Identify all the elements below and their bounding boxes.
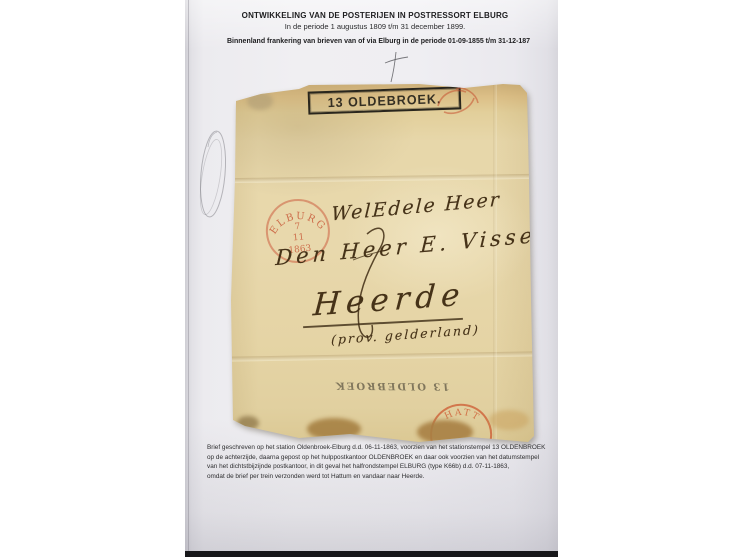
stain-blot bbox=[307, 418, 361, 440]
letter-paper: 13 OLDEBROEK. ELBURG 7 11 1863 WelEdele … bbox=[231, 84, 534, 443]
album-page-photo: ONTWIKKELING VAN DE POSTERIJEN IN POSTRE… bbox=[185, 0, 558, 551]
exhibit-subtitle: In de periode 1 augustus 1809 t/m 31 dec… bbox=[195, 22, 555, 31]
station-stamp-label: 13 OLDEBROEK. bbox=[327, 91, 441, 110]
caption-line-3: van het dichtstbijzijnde postkantoor, in… bbox=[207, 462, 558, 472]
red-crayon-mark bbox=[436, 86, 482, 116]
exhibit-title: ONTWIKKELING VAN DE POSTERIJEN IN POSTRE… bbox=[195, 11, 555, 20]
page-left-edge bbox=[188, 0, 189, 551]
caption-line-1: Brief geschreven op het station Oldenbro… bbox=[207, 443, 558, 453]
stain-blot bbox=[489, 410, 529, 430]
fold-line-lower bbox=[231, 351, 534, 361]
address-line-1: WelEdele Heer bbox=[331, 188, 502, 225]
crease-shadow bbox=[247, 92, 273, 110]
elburg-month: 11 bbox=[292, 232, 304, 243]
cross-mark bbox=[381, 50, 411, 84]
address-line-3: Heerde bbox=[312, 277, 467, 324]
exhibit-period-line: Binnenland frankering van brieven van of… bbox=[227, 38, 530, 45]
fold-line-vertical bbox=[493, 84, 497, 443]
caption-line-2: op de achterzijde, daarna gepost op het … bbox=[207, 453, 558, 463]
elburg-day: 7 bbox=[294, 222, 301, 233]
show-through-stamp: 13 OLDEBROEK bbox=[333, 379, 449, 391]
fold-line-upper bbox=[231, 174, 534, 183]
pencil-scribble bbox=[191, 120, 235, 224]
stain-blot bbox=[237, 416, 259, 430]
letter-cover: 13 OLDEBROEK. ELBURG 7 11 1863 WelEdele … bbox=[231, 84, 534, 443]
address-line-4: (prov. gelderland) bbox=[331, 322, 480, 347]
stain-blot bbox=[417, 420, 473, 444]
caption-line-4: omdat de brief per trein verzonden werd … bbox=[207, 472, 558, 482]
photo-bottom-edge bbox=[185, 551, 558, 557]
caption-block: Brief geschreven op het station Oldenbro… bbox=[207, 443, 558, 481]
exhibit-header: ONTWIKKELING VAN DE POSTERIJEN IN POSTRE… bbox=[195, 11, 555, 31]
